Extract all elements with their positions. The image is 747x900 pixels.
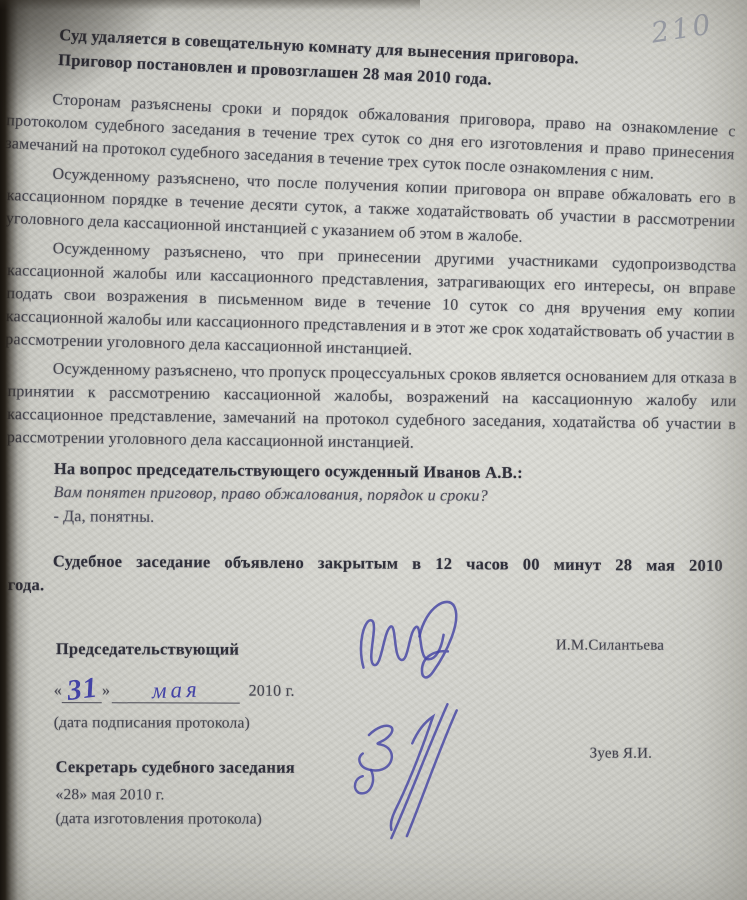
judge-date-caption: (дата подписания протокола)	[54, 711, 250, 735]
closing-line: Судебное заседание объявлено закрытым в …	[8, 549, 723, 578]
paragraph-missed-deadlines: Осужденному разъяснено, что пропуск проц…	[7, 357, 737, 459]
secretary-role-label: Секретарь судебного заседания	[56, 755, 295, 779]
qa-answer-line: - Да, понятны.	[53, 505, 736, 535]
secretary-name: Зуев Я.И.	[590, 743, 653, 766]
date-day-underline: 31	[62, 675, 102, 703]
judge-name: И.М.Силантьева	[556, 634, 664, 657]
session-closed-statement: Судебное заседание объявлено закрытым в …	[8, 549, 737, 602]
secretary-date-line: «28» мая 2010 г.	[55, 783, 164, 806]
date-month-underline: мая	[112, 676, 240, 703]
court-protocol-page: Суд удаляется в совещательную комнату дл…	[0, 0, 747, 839]
judge-role-label: Председательствующий	[56, 637, 239, 660]
judge-date-line: «31»мая 2010 г.	[54, 675, 295, 704]
secretary-signature-icon	[325, 688, 490, 848]
secretary-date-caption: (дата изготовления протокола)	[55, 807, 262, 831]
verdict-heading: Суд удаляется в совещательную комнату дл…	[58, 22, 697, 101]
question-answer-block: На вопрос председательствующего осужденн…	[53, 457, 737, 535]
date-year: 2010 г.	[249, 683, 295, 700]
handwritten-day: 31	[66, 676, 100, 703]
signature-section: Председательствующий И.М.Силантьева «31»…	[7, 609, 737, 841]
quote-close: »	[102, 682, 110, 699]
paragraph-objections-right: Осужденному разъяснено, что при принесен…	[5, 236, 737, 370]
handwritten-month: мая	[151, 678, 201, 703]
quote-open: «	[54, 682, 62, 699]
judge-signature-icon	[349, 587, 495, 696]
closing-line: года.	[8, 573, 737, 602]
